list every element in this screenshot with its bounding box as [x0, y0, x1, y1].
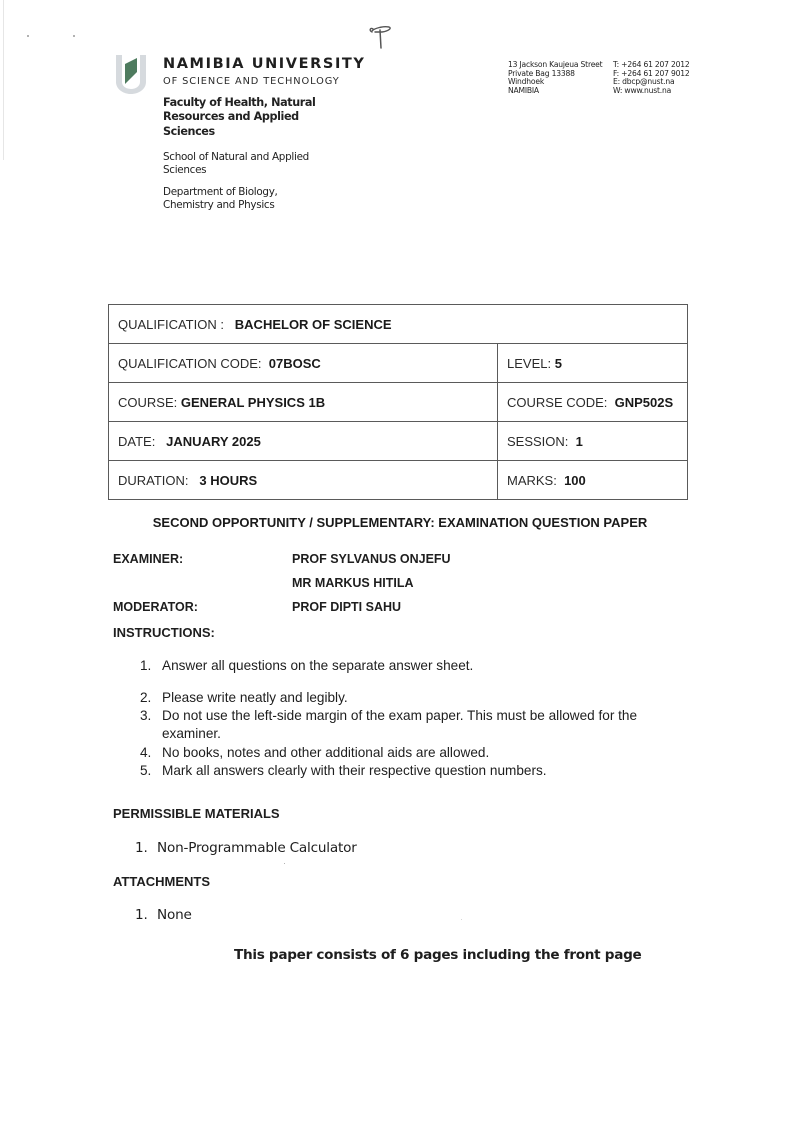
attachment-item: 1.None	[135, 907, 192, 923]
duration-label: DURATION:	[118, 473, 189, 488]
marks-value: 100	[564, 473, 586, 488]
course-label: COURSE:	[118, 395, 177, 410]
table-row: COURSE: GENERAL PHYSICS 1B COURSE CODE: …	[109, 383, 688, 422]
permissible-materials-heading: PERMISSIBLE MATERIALS	[113, 806, 280, 821]
school-name: School of Natural and Applied Sciences	[163, 151, 343, 176]
instruction-item: 1.Answer all questions on the separate a…	[140, 658, 473, 673]
scan-speck	[27, 35, 29, 37]
faculty-line: Sciences	[163, 125, 343, 139]
exam-info-table: QUALIFICATION : BACHELOR OF SCIENCE QUAL…	[108, 304, 688, 500]
scan-edge-line	[3, 0, 4, 160]
session-value: 1	[576, 434, 583, 449]
instruction-number: 1.	[140, 658, 162, 673]
instruction-text: examiner.	[162, 726, 221, 741]
item-number: 1.	[135, 840, 157, 856]
course-cell: COURSE: GENERAL PHYSICS 1B	[109, 383, 498, 422]
faculty-line: Faculty of Health, Natural	[163, 96, 343, 110]
faculty-name: Faculty of Health, Natural Resources and…	[163, 96, 343, 139]
level-cell: LEVEL: 5	[498, 344, 688, 383]
duration-cell: DURATION: 3 HOURS	[109, 461, 498, 500]
duration-value: 3 HOURS	[199, 473, 257, 488]
handwritten-mark-icon	[365, 20, 395, 50]
course-code-cell: COURSE CODE: GNP502S	[498, 383, 688, 422]
instruction-text: No books, notes and other additional aid…	[162, 745, 489, 760]
paper-title: SECOND OPPORTUNITY / SUPPLEMENTARY: EXAM…	[0, 515, 794, 530]
table-row: DURATION: 3 HOURS MARKS: 100	[109, 461, 688, 500]
session-cell: SESSION: 1	[498, 422, 688, 461]
instruction-number: 5.	[140, 763, 162, 778]
course-code-value: GNP502S	[615, 395, 674, 410]
faculty-line: Resources and Applied	[163, 110, 343, 124]
date-cell: DATE: JANUARY 2025	[109, 422, 498, 461]
scan-speck	[73, 35, 75, 37]
qualification-code-label: QUALIFICATION CODE:	[118, 356, 262, 371]
item-text: Non-Programmable Calculator	[157, 840, 357, 856]
contact-details: T: +264 61 207 2012 F: +264 61 207 9012 …	[613, 61, 690, 96]
contact-website: W: www.nust.na	[613, 87, 690, 96]
school-line: School of Natural and Applied	[163, 151, 343, 164]
table-row: DATE: JANUARY 2025 SESSION: 1	[109, 422, 688, 461]
university-subtitle: OF SCIENCE AND TECHNOLOGY	[163, 76, 340, 87]
nust-logo-icon	[113, 52, 149, 96]
instruction-number: 2.	[140, 690, 162, 705]
qualification-code-value: 07BOSC	[269, 356, 321, 371]
instruction-text: Please write neatly and legibly.	[162, 690, 348, 705]
instruction-item: 3.Do not use the left-side margin of the…	[140, 708, 637, 723]
instruction-text: Do not use the left-side margin of the e…	[162, 708, 637, 723]
examiner-name: MR MARKUS HITILA	[292, 576, 414, 590]
moderator-name: PROF DIPTI SAHU	[292, 600, 401, 614]
table-row: QUALIFICATION CODE: 07BOSC LEVEL: 5	[109, 344, 688, 383]
marks-label: MARKS:	[507, 473, 557, 488]
instruction-item: 4.No books, notes and other additional a…	[140, 745, 489, 760]
instruction-number: 3.	[140, 708, 162, 723]
session-label: SESSION:	[507, 434, 568, 449]
qualification-cell: QUALIFICATION : BACHELOR OF SCIENCE	[109, 305, 688, 344]
instructions-heading: INSTRUCTIONS:	[113, 625, 215, 640]
moderator-label: MODERATOR:	[113, 600, 198, 614]
item-number: 1.	[135, 907, 157, 923]
scan-speck	[284, 863, 285, 864]
department-line: Chemistry and Physics	[163, 199, 343, 212]
instruction-text: Answer all questions on the separate ans…	[162, 658, 473, 673]
page-count-note: This paper consists of 6 pages including…	[234, 947, 641, 963]
date-value: JANUARY 2025	[166, 434, 261, 449]
marks-cell: MARKS: 100	[498, 461, 688, 500]
qualification-label: QUALIFICATION :	[118, 317, 224, 332]
instruction-item-continuation: examiner.	[140, 726, 221, 741]
table-row: QUALIFICATION : BACHELOR OF SCIENCE	[109, 305, 688, 344]
qualification-code-cell: QUALIFICATION CODE: 07BOSC	[109, 344, 498, 383]
university-name: NAMIBIA UNIVERSITY	[163, 56, 366, 72]
postal-address: 13 Jackson Kaujeua Street Private Bag 13…	[508, 61, 602, 96]
instruction-item: 5.Mark all answers clearly with their re…	[140, 763, 547, 778]
instruction-item: 2.Please write neatly and legibly.	[140, 690, 348, 705]
school-line: Sciences	[163, 164, 343, 177]
course-code-label: COURSE CODE:	[507, 395, 607, 410]
examiner-label: EXAMINER:	[113, 552, 183, 566]
address-line: NAMIBIA	[508, 87, 602, 96]
qualification-value: BACHELOR OF SCIENCE	[235, 317, 392, 332]
course-value: GENERAL PHYSICS 1B	[181, 395, 325, 410]
instruction-text: Mark all answers clearly with their resp…	[162, 763, 547, 778]
examiner-name: PROF SYLVANUS ONJEFU	[292, 552, 451, 566]
attachments-heading: ATTACHMENTS	[113, 874, 210, 889]
department-line: Department of Biology,	[163, 186, 343, 199]
department-name: Department of Biology, Chemistry and Phy…	[163, 186, 343, 211]
level-label: LEVEL:	[507, 356, 551, 371]
level-value: 5	[555, 356, 562, 371]
date-label: DATE:	[118, 434, 155, 449]
item-text: None	[157, 907, 192, 923]
instruction-number: 4.	[140, 745, 162, 760]
permissible-material-item: 1.Non-Programmable Calculator	[135, 840, 357, 856]
scan-speck	[461, 919, 462, 920]
